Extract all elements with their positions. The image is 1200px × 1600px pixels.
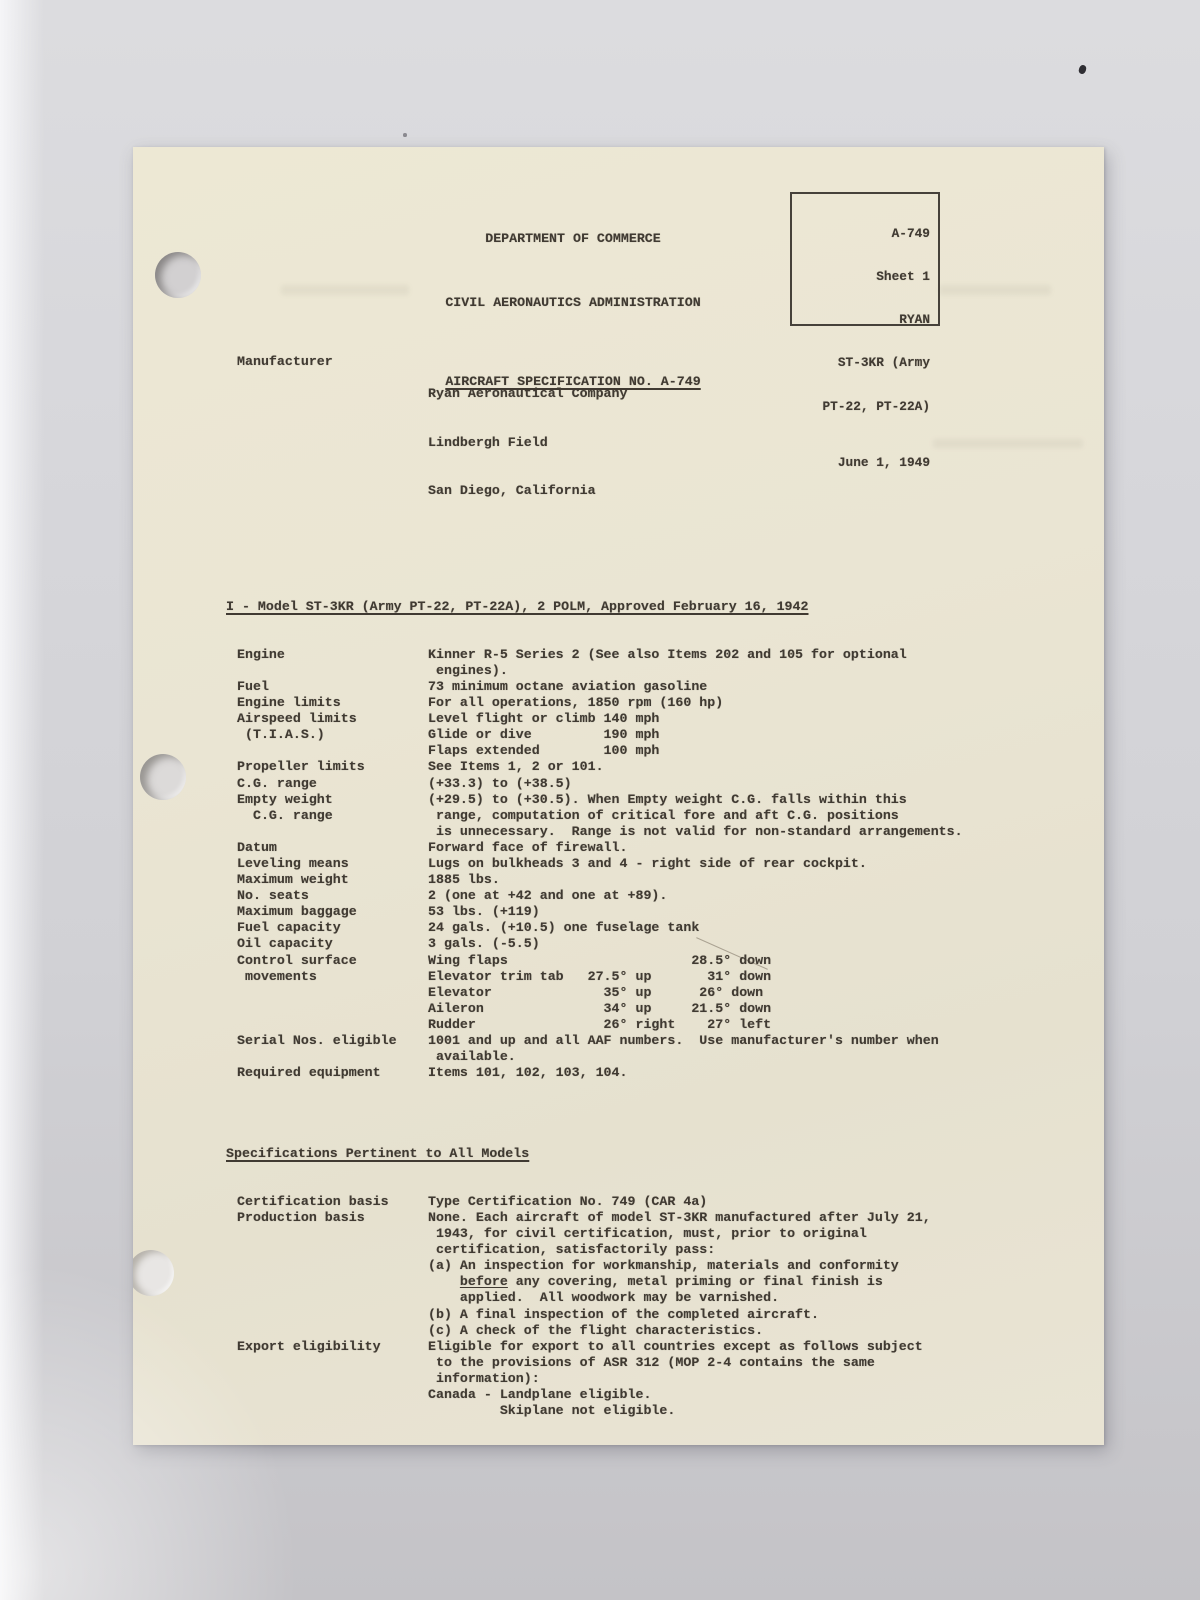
spec-row: Empty weight C.G. range(+29.5) to (+30.5… xyxy=(237,792,1084,840)
row-value-line: Eligible for export to all countries exc… xyxy=(428,1339,1084,1355)
spec-row: No. seats2 (one at +42 and one at +89). xyxy=(237,888,1084,904)
row-value-line: Level flight or climb 140 mph xyxy=(428,711,1084,727)
dust-speck xyxy=(403,133,407,137)
row-label: Export eligibility xyxy=(237,1339,428,1355)
row-value-line: Items 101, 102, 103, 104. xyxy=(428,1065,1084,1081)
row-label: Datum xyxy=(237,840,428,856)
row-value-line: (+33.3) to (+38.5) xyxy=(428,776,1084,792)
punch-hole-bottom xyxy=(133,1250,174,1296)
row-value-line: information): xyxy=(428,1371,1084,1387)
row-value: None. Each aircraft of model ST-3KR manu… xyxy=(428,1210,1084,1339)
spec-row: Production basisNone. Each aircraft of m… xyxy=(237,1210,1084,1339)
spec-row: Manufacturer Ryan Aeronautical Company L… xyxy=(237,354,1084,531)
row-label: Production basis xyxy=(237,1210,428,1226)
row-label: Control surface movements xyxy=(237,953,428,985)
row-value: Ryan Aeronautical Company Lindbergh Fiel… xyxy=(428,354,1084,531)
row-value: 24 gals. (+10.5) one fuselage tank xyxy=(428,920,1084,936)
spec-row: Control surface movementsWing flaps 28.5… xyxy=(237,953,1084,1033)
row-value: (+33.3) to (+38.5) xyxy=(428,776,1084,792)
document-page: DEPARTMENT OF COMMERCE CIVIL AERONAUTICS… xyxy=(133,147,1104,1445)
row-value: Level flight or climb 140 mphGlide or di… xyxy=(428,711,1084,759)
row-value-line: engines). xyxy=(428,663,1084,679)
row-value-line: Canada - Landplane eligible. xyxy=(428,1387,1084,1403)
spec-row: EngineKinner R-5 Series 2 (See also Item… xyxy=(237,647,1084,679)
row-value-line: 1885 lbs. xyxy=(428,872,1084,888)
row-label: Fuel capacity xyxy=(237,920,428,936)
row-value-line: Flaps extended 100 mph xyxy=(428,743,1084,759)
row-value-line: Wing flaps 28.5° down xyxy=(428,953,1084,969)
spec-row: Airspeed limits (T.I.A.S.)Level flight o… xyxy=(237,711,1084,759)
spec-row: Serial Nos. eligible1001 and up and all … xyxy=(237,1033,1084,1065)
row-value-line: (b) A final inspection of the completed … xyxy=(428,1307,1084,1323)
photo-background: DEPARTMENT OF COMMERCE CIVIL AERONAUTICS… xyxy=(0,0,1200,1600)
row-value-line: certification, satisfactorily pass: xyxy=(428,1242,1084,1258)
row-value: See Items 1, 2 or 101. xyxy=(428,759,1084,775)
row-label: Engine xyxy=(237,647,428,663)
row-value-line: 3 gals. (-5.5) xyxy=(428,936,1084,952)
row-value-line: San Diego, California xyxy=(428,483,1084,499)
row-value-line: (+29.5) to (+30.5). When Empty weight C.… xyxy=(428,792,1084,808)
stamp-line: A-749 xyxy=(796,227,930,241)
spec-row: Leveling meansLugs on bulkheads 3 and 4 … xyxy=(237,856,1084,872)
row-value: Eligible for export to all countries exc… xyxy=(428,1339,1084,1419)
row-value-line: Forward face of firewall. xyxy=(428,840,1084,856)
dust-speck xyxy=(1078,64,1088,75)
row-value-line: applied. All woodwork may be varnished. xyxy=(428,1290,1084,1306)
model-spec-rows: EngineKinner R-5 Series 2 (See also Item… xyxy=(237,647,1084,1082)
row-value-line: For all operations, 1850 rpm (160 hp) xyxy=(428,695,1084,711)
row-label: Required equipment xyxy=(237,1065,428,1081)
row-label: Certification basis xyxy=(237,1194,428,1210)
row-value: 53 lbs. (+119) xyxy=(428,904,1084,920)
row-value: Kinner R-5 Series 2 (See also Items 202 … xyxy=(428,647,1084,679)
row-value: Items 101, 102, 103, 104. xyxy=(428,1065,1084,1081)
row-value: 73 minimum octane aviation gasoline xyxy=(428,679,1084,695)
row-label: Engine limits xyxy=(237,695,428,711)
spec-row: Propeller limitsSee Items 1, 2 or 101. xyxy=(237,759,1084,775)
row-label: Manufacturer xyxy=(237,354,428,370)
row-value-line: Lugs on bulkheads 3 and 4 - right side o… xyxy=(428,856,1084,872)
row-label: Oil capacity xyxy=(237,936,428,952)
spec-row: C.G. range(+33.3) to (+38.5) xyxy=(237,776,1084,792)
spec-row: DatumForward face of firewall. xyxy=(237,840,1084,856)
row-value-line: range, computation of critical fore and … xyxy=(428,808,1084,824)
row-value: Lugs on bulkheads 3 and 4 - right side o… xyxy=(428,856,1084,872)
row-label: No. seats xyxy=(237,888,428,904)
row-value: 3 gals. (-5.5) xyxy=(428,936,1084,952)
row-label: Leveling means xyxy=(237,856,428,872)
row-label: C.G. range xyxy=(237,776,428,792)
stamp-line: Sheet 1 xyxy=(796,270,930,284)
row-value-line: 24 gals. (+10.5) one fuselage tank xyxy=(428,920,1084,936)
row-value-line: Rudder 26° right 27° left xyxy=(428,1017,1084,1033)
row-label: Propeller limits xyxy=(237,759,428,775)
row-value: Forward face of firewall. xyxy=(428,840,1084,856)
row-value-line: 1001 and up and all AAF numbers. Use man… xyxy=(428,1033,1084,1049)
spec-row: Oil capacity3 gals. (-5.5) xyxy=(237,936,1084,952)
row-value-line: (a) An inspection for workmanship, mater… xyxy=(428,1258,1084,1274)
row-value-line: Glide or dive 190 mph xyxy=(428,727,1084,743)
section-heading-model: I - Model ST-3KR (Army PT-22, PT-22A), 2… xyxy=(226,599,1084,615)
spec-row: Fuel73 minimum octane aviation gasoline xyxy=(237,679,1084,695)
row-value: 2 (one at +42 and one at +89). xyxy=(428,888,1084,904)
row-value-line: (c) A check of the flight characteristic… xyxy=(428,1323,1084,1339)
row-value-line: 53 lbs. (+119) xyxy=(428,904,1084,920)
document-body: Manufacturer Ryan Aeronautical Company L… xyxy=(237,322,1084,1445)
row-value-line: Elevator trim tab 27.5° up 31° down xyxy=(428,969,1084,985)
underlined-word: before xyxy=(460,1274,508,1289)
row-value-line: None. Each aircraft of model ST-3KR manu… xyxy=(428,1210,1084,1226)
spec-row: Required equipmentItems 101, 102, 103, 1… xyxy=(237,1065,1084,1081)
punch-hole-middle xyxy=(140,754,186,800)
row-value: Type Certification No. 749 (CAR 4a) xyxy=(428,1194,1084,1210)
spec-row: Certification basisType Certification No… xyxy=(237,1194,1084,1210)
row-value-line: Aileron 34° up 21.5° down xyxy=(428,1001,1084,1017)
row-value-line: to the provisions of ASR 312 (MOP 2-4 co… xyxy=(428,1355,1084,1371)
row-value-line: before any covering, metal priming or fi… xyxy=(428,1274,1084,1290)
row-label: Empty weight C.G. range xyxy=(237,792,428,824)
row-label: Maximum baggage xyxy=(237,904,428,920)
row-value-line: available. xyxy=(428,1049,1084,1065)
all-models-spec-rows: Certification basisType Certification No… xyxy=(237,1194,1084,1419)
spec-row: Export eligibilityEligible for export to… xyxy=(237,1339,1084,1419)
row-value: 1885 lbs. xyxy=(428,872,1084,888)
row-value: (+29.5) to (+30.5). When Empty weight C.… xyxy=(428,792,1084,840)
ink-bleed-mark xyxy=(939,285,1051,295)
row-value-line: Kinner R-5 Series 2 (See also Items 202 … xyxy=(428,647,1084,663)
row-label: Serial Nos. eligible xyxy=(237,1033,428,1049)
section-heading-all-models: Specifications Pertinent to All Models xyxy=(226,1146,1084,1162)
row-value-line: 1943, for civil certification, must, pri… xyxy=(428,1226,1084,1242)
spec-row: Fuel capacity24 gals. (+10.5) one fusela… xyxy=(237,920,1084,936)
revision-stamp-box: A-749 Sheet 1 RYAN ST-3KR (Army PT-22, P… xyxy=(790,192,940,326)
spec-row: Maximum baggage53 lbs. (+119) xyxy=(237,904,1084,920)
row-value-line: Lindbergh Field xyxy=(428,435,1084,451)
row-value: 1001 and up and all AAF numbers. Use man… xyxy=(428,1033,1084,1065)
row-value-line: is unnecessary. Range is not valid for n… xyxy=(428,824,1084,840)
row-label: Airspeed limits (T.I.A.S.) xyxy=(237,711,428,743)
spec-row: Maximum weight1885 lbs. xyxy=(237,872,1084,888)
row-value-line: 73 minimum octane aviation gasoline xyxy=(428,679,1084,695)
row-value-line: Type Certification No. 749 (CAR 4a) xyxy=(428,1194,1084,1210)
row-label: Maximum weight xyxy=(237,872,428,888)
row-value-line: 2 (one at +42 and one at +89). xyxy=(428,888,1084,904)
row-value-line: Skiplane not eligible. xyxy=(428,1403,1084,1419)
row-value: Wing flaps 28.5° downElevator trim tab 2… xyxy=(428,953,1084,1033)
row-value-line: See Items 1, 2 or 101. xyxy=(428,759,1084,775)
row-value: For all operations, 1850 rpm (160 hp) xyxy=(428,695,1084,711)
row-value-line: Elevator 35° up 26° down xyxy=(428,985,1084,1001)
row-label: Fuel xyxy=(237,679,428,695)
row-value-line: Ryan Aeronautical Company xyxy=(428,386,1084,402)
spec-row: Engine limitsFor all operations, 1850 rp… xyxy=(237,695,1084,711)
